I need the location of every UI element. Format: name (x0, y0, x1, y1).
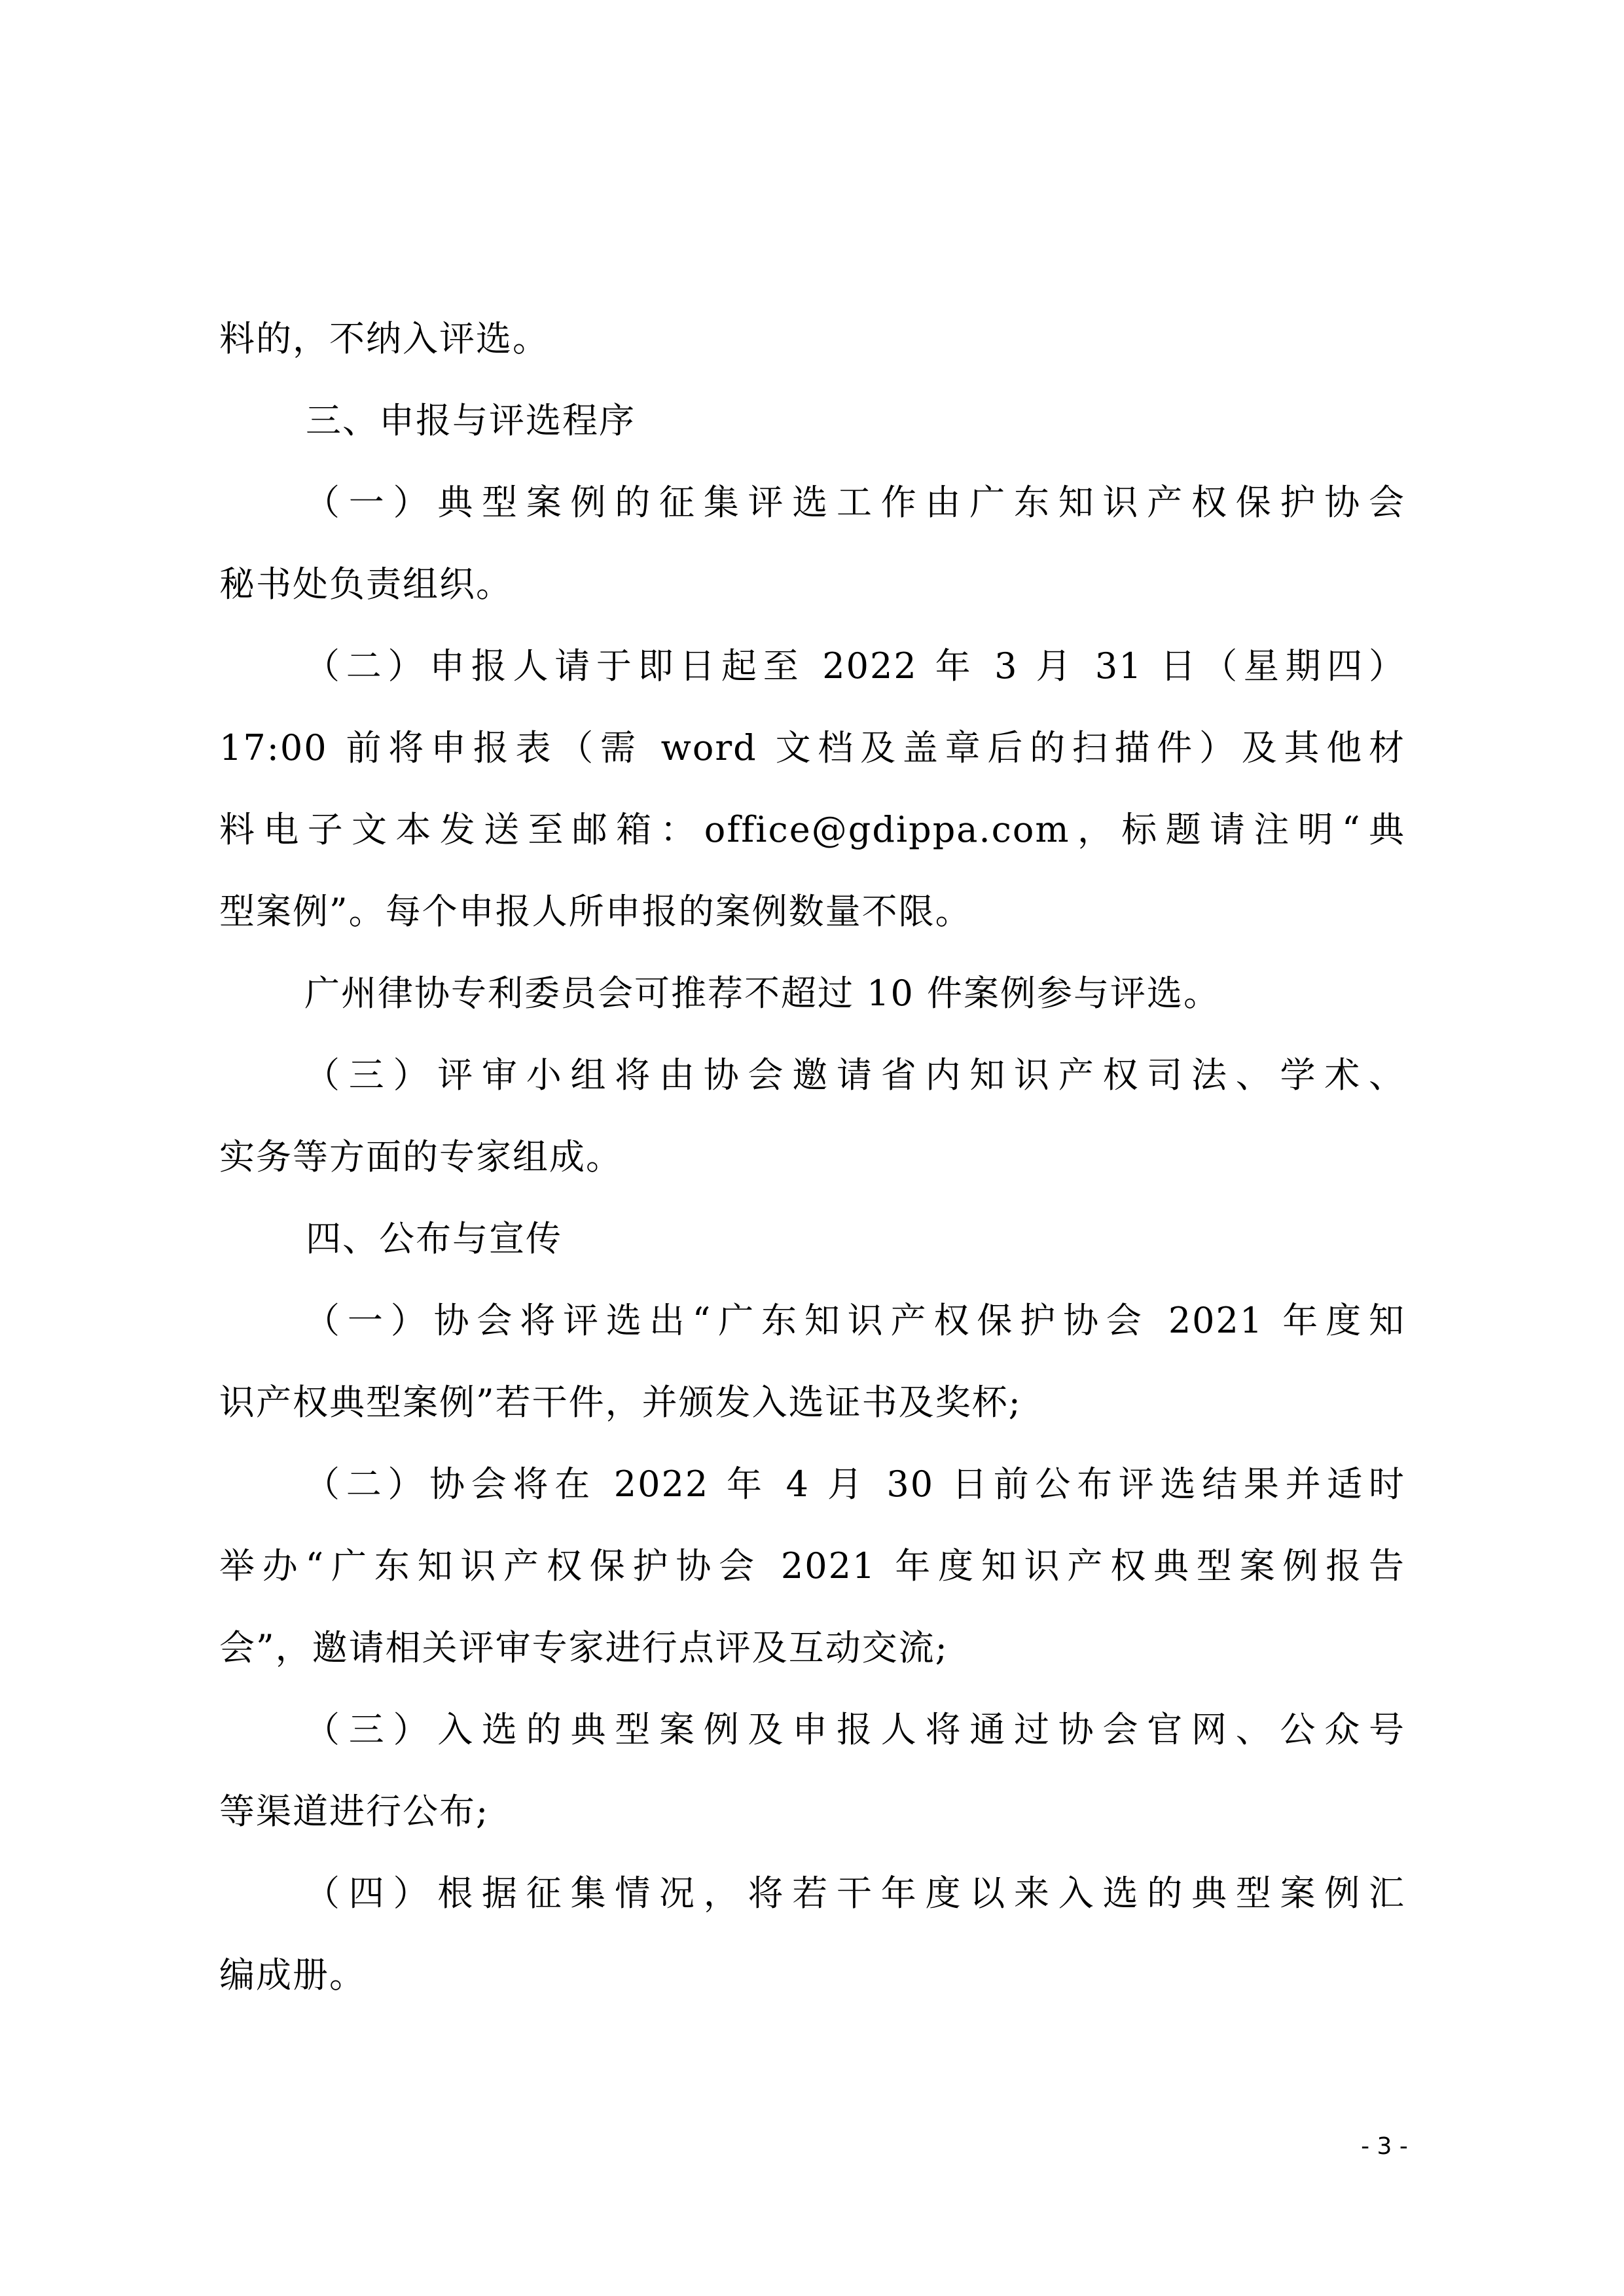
document-body: 料的，不纳入评选。 三、申报与评选程序 （一）典型案例的征集评选工作由广东知识产… (219, 298, 1405, 2016)
paragraph-4-4: （四）根据征集情况，将若干年度以来入选的典型案例汇 (219, 1852, 1405, 1934)
paragraph-3-2: （二）申报人请于即日起至 2022 年 3 月 31 日（星期四） (219, 625, 1405, 707)
paragraph-3-3-cont: 实务等方面的专家组成。 (219, 1116, 1405, 1198)
document-page: 料的，不纳入评选。 三、申报与评选程序 （一）典型案例的征集评选工作由广东知识产… (0, 0, 1624, 2296)
section-heading-3: 三、申报与评选程序 (219, 380, 1405, 461)
paragraph-3-guangzhou: 广州律协专利委员会可推荐不超过 10 件案例参与评选。 (219, 952, 1405, 1034)
paragraph-4-1-cont: 识产权典型案例”若干件，并颁发入选证书及奖杯; (219, 1361, 1405, 1443)
section-heading-4: 四、公布与宣传 (219, 1198, 1405, 1280)
paragraph-4-4-cont: 编成册。 (219, 1934, 1405, 2016)
paragraph-continuation: 料的，不纳入评选。 (219, 298, 1405, 380)
paragraph-4-1: （一）协会将评选出“广东知识产权保护协会 2021 年度知 (219, 1280, 1405, 1361)
page-number: - 3 - (1348, 2130, 1420, 2163)
paragraph-3-3: （三）评审小组将由协会邀请省内知识产权司法、学术、 (219, 1034, 1405, 1116)
paragraph-4-2-cont: 举办“广东知识产权保护协会 2021 年度知识产权典型案例报告 (219, 1525, 1405, 1607)
paragraph-3-1-cont: 秘书处负责组织。 (219, 543, 1405, 625)
paragraph-4-2-end: 会”，邀请相关评审专家进行点评及互动交流; (219, 1607, 1405, 1689)
paragraph-4-3-cont: 等渠道进行公布; (219, 1770, 1405, 1852)
paragraph-4-3: （三）入选的典型案例及申报人将通过协会官网、公众号 (219, 1689, 1405, 1770)
paragraph-3-2-cont: 17:00 前将申报表（需 word 文档及盖章后的扫描件）及其他材 (219, 707, 1405, 789)
paragraph-3-2-end: 型案例”。每个申报人所申报的案例数量不限。 (219, 870, 1405, 952)
paragraph-3-1: （一）典型案例的征集评选工作由广东知识产权保护协会 (219, 461, 1405, 543)
paragraph-4-2: （二）协会将在 2022 年 4 月 30 日前公布评选结果并适时 (219, 1443, 1405, 1525)
paragraph-3-2-email-line: 料电子文本发送至邮箱：office@gdippa.com，标题请注明“典 (219, 789, 1405, 870)
